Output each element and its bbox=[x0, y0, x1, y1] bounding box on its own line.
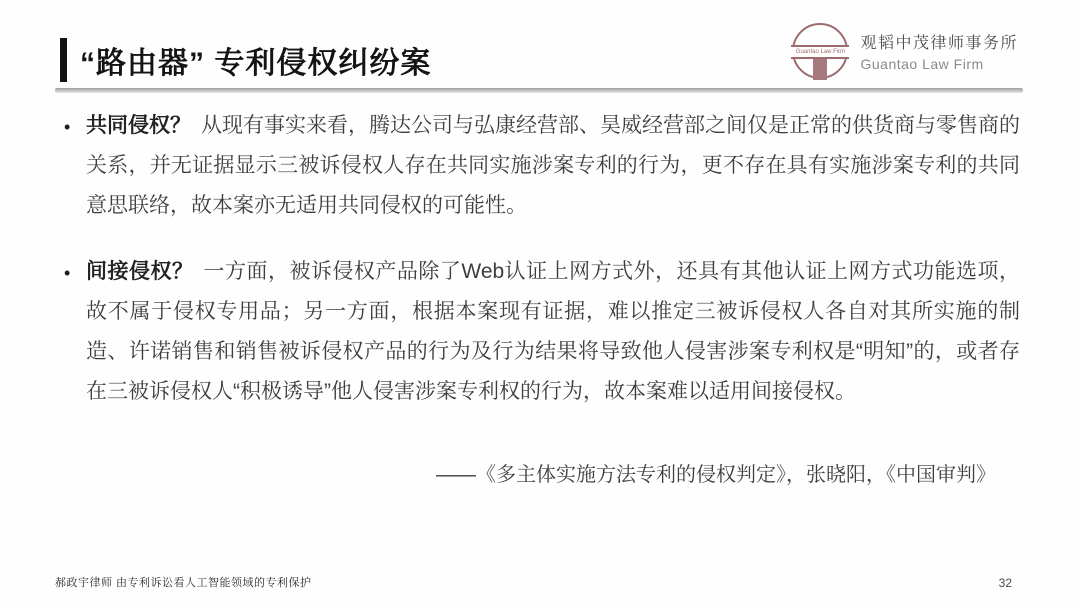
logo-name-english: Guantao Law Firm bbox=[860, 56, 1018, 72]
presentation-slide: “路由器” 专利侵权纠纷案 Guantao Law Firm 观韬中茂律师事务所… bbox=[0, 0, 1080, 608]
page-number: 32 bbox=[999, 576, 1012, 590]
bullet-joint-infringement: 共同侵权？从现有事实来看，腾达公司与弘康经营部、昊威经营部之间仅是正常的供货商与… bbox=[62, 106, 1020, 226]
citation-line: ——《多主体实施方法专利的侵权判定》，张晓阳，《中国审判》 bbox=[62, 458, 1020, 487]
bullet-text: 一方面，被诉侵权产品除了Web认证上网方式外，还具有其他认证上网方式功能选项，故… bbox=[86, 260, 1020, 403]
slide-body: 共同侵权？从现有事实来看，腾达公司与弘康经营部、昊威经营部之间仅是正常的供货商与… bbox=[62, 106, 1020, 487]
guantao-logo: Guantao Law Firm 观韬中茂律师事务所 Guantao Law F… bbox=[791, 22, 1018, 80]
bullet-label: 间接侵权？ bbox=[86, 260, 193, 283]
page-title: “路由器” 专利侵权纠纷案 bbox=[80, 38, 431, 82]
logo-band-text: Guantao Law Firm bbox=[791, 45, 849, 59]
logo-text-block: 观韬中茂律师事务所 Guantao Law Firm bbox=[860, 30, 1018, 72]
logo-name-chinese: 观韬中茂律师事务所 bbox=[860, 30, 1018, 53]
title-row: “路由器” 专利侵权纠纷案 bbox=[60, 38, 431, 82]
logo-stem-shape bbox=[813, 58, 827, 80]
bullet-list: 共同侵权？从现有事实来看，腾达公司与弘康经营部、昊威经营部之间仅是正常的供货商与… bbox=[62, 106, 1020, 412]
bullet-indirect-infringement: 间接侵权？一方面，被诉侵权产品除了Web认证上网方式外，还具有其他认证上网方式功… bbox=[62, 252, 1020, 412]
slide-footer: 郝政宇律师 由专利诉讼看人工智能领域的专利保护 32 bbox=[0, 574, 1080, 590]
footer-note: 郝政宇律师 由专利诉讼看人工智能领域的专利保护 bbox=[55, 574, 312, 590]
bullet-text: 从现有事实来看，腾达公司与弘康经营部、昊威经营部之间仅是正常的供货商与零售商的关… bbox=[86, 114, 1020, 217]
title-accent-bar bbox=[60, 38, 67, 82]
title-divider bbox=[55, 88, 1023, 93]
guantao-logo-icon: Guantao Law Firm bbox=[791, 22, 849, 80]
bullet-label: 共同侵权？ bbox=[86, 114, 191, 137]
